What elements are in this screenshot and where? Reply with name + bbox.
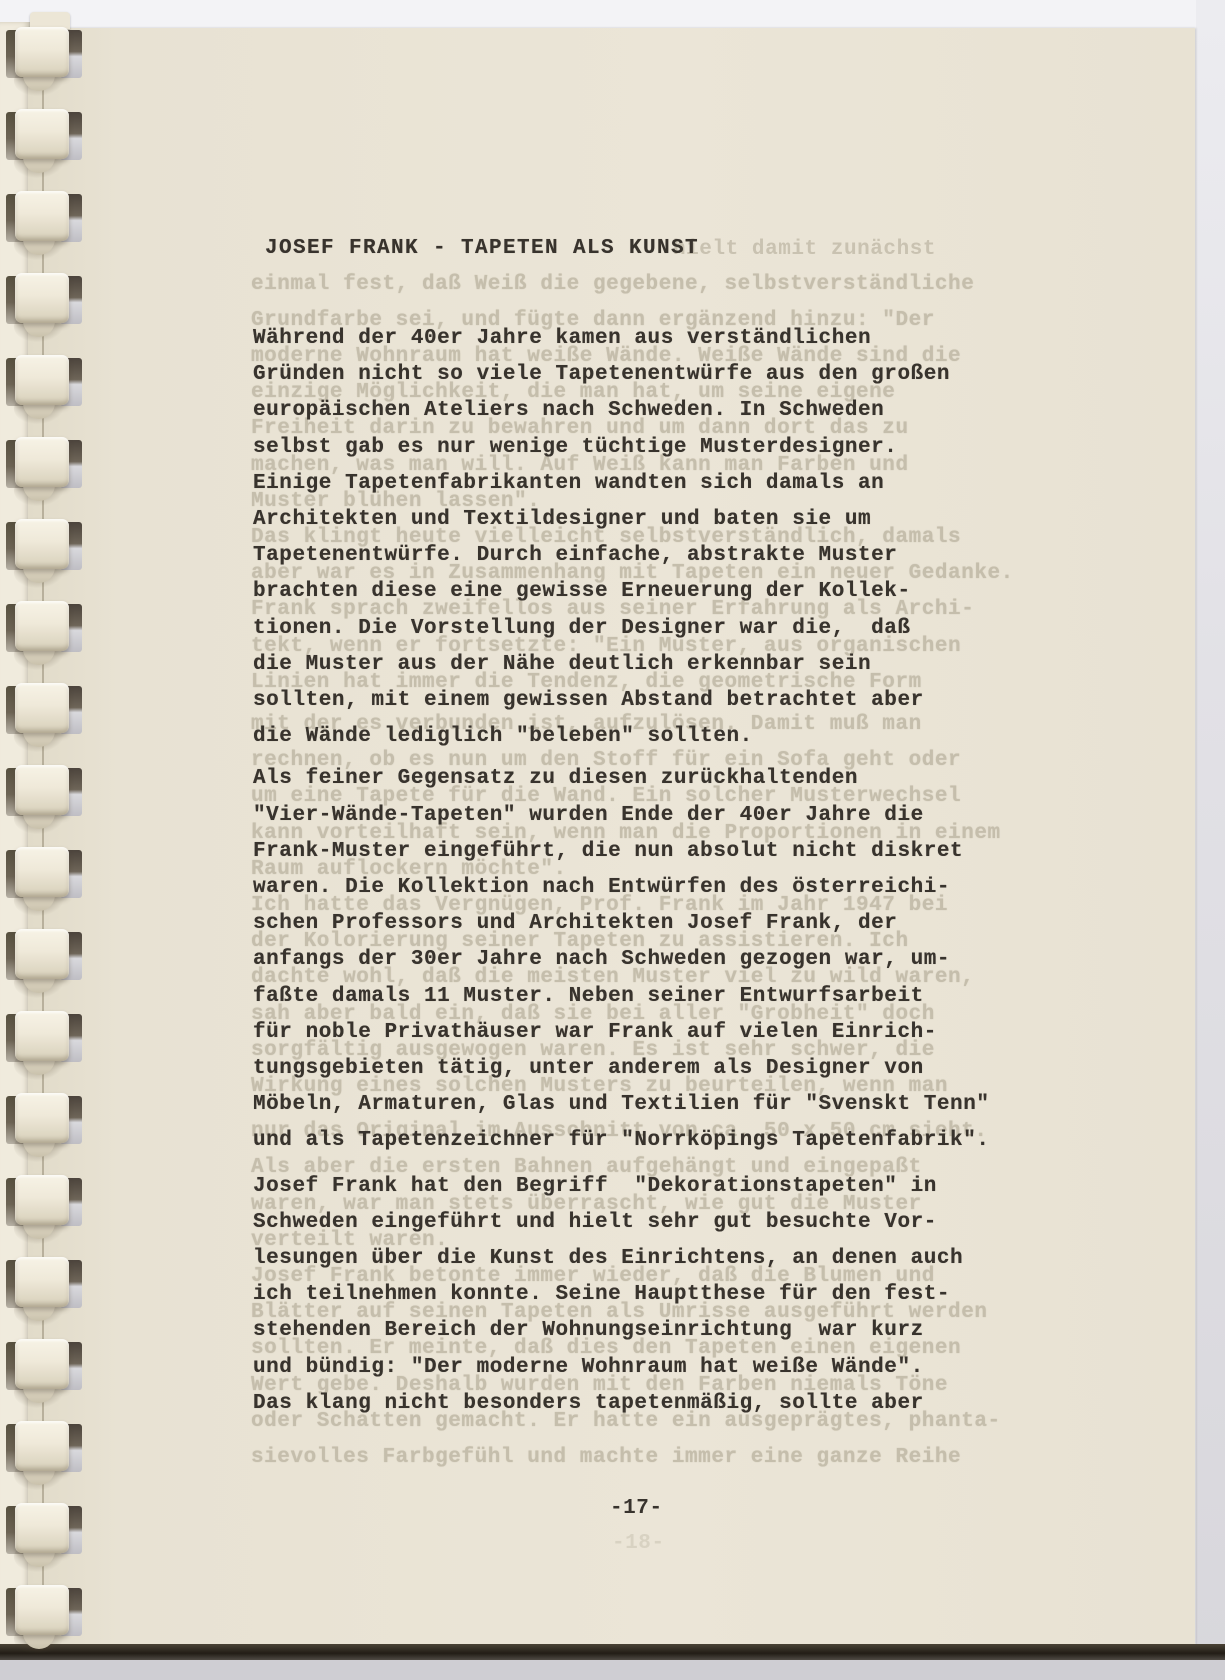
binding-ring	[6, 27, 82, 83]
binding-ring	[6, 765, 82, 821]
binding-ring	[6, 519, 82, 575]
text-line: Architekten und Textildesigner und baten…	[253, 508, 871, 531]
ring-band	[15, 191, 69, 241]
text-line: ich teilnehmen konnte. Seine Hauptthese …	[253, 1283, 950, 1306]
ring-band	[15, 765, 69, 815]
text-line: Josef Frank hat den Begriff "Dekorations…	[253, 1175, 937, 1198]
ring-band	[15, 109, 69, 159]
text-line: tionen. Die Vorstellung der Designer war…	[253, 617, 911, 640]
document-title: JOSEF FRANK - TAPETEN ALS KUNST	[265, 237, 699, 260]
binding-ring	[6, 1503, 82, 1559]
text-line: Frank-Muster eingeführt, die nun absolut…	[253, 840, 963, 863]
text-line: selbst gab es nur wenige tüchtige Muster…	[253, 436, 897, 459]
ring-band	[15, 683, 69, 733]
ghost-text-fragment: hielt damit zunächst	[673, 238, 936, 261]
text-line: Als feiner Gegensatz zu diesen zurückhal…	[253, 767, 858, 790]
ring-band	[15, 1585, 69, 1635]
text-line: waren. Die Kollektion nach Entwürfen des…	[253, 876, 950, 899]
text-line: tungsgebieten tätig, unter anderem als D…	[253, 1057, 924, 1080]
binding-ring	[6, 601, 82, 657]
binding-ring	[6, 1421, 82, 1477]
ring-band	[15, 929, 69, 979]
binding-ring	[6, 847, 82, 903]
ring-band	[15, 519, 69, 569]
text-line: Während der 40er Jahre kamen aus verstän…	[253, 327, 871, 350]
ring-band	[15, 1093, 69, 1143]
ring-band	[15, 1503, 69, 1553]
ring-band	[15, 437, 69, 487]
text-line: die Muster aus der Nähe deutlich erkennb…	[253, 653, 871, 676]
text-line: die Wände lediglich "beleben" sollten.	[253, 725, 753, 748]
binding-ring	[6, 1093, 82, 1149]
text-line: sollten, mit einem gewissen Abstand betr…	[253, 689, 924, 712]
text-line: Gründen nicht so viele Tapetenentwürfe a…	[253, 363, 950, 386]
text-line: Möbeln, Armaturen, Glas und Textilien fü…	[253, 1093, 990, 1116]
text-line: Das klang nicht besonders tapetenmäßig, …	[253, 1392, 924, 1415]
page-bottom-edge-shadow	[0, 1644, 1225, 1661]
ring-band	[15, 273, 69, 323]
ring-band	[15, 1339, 69, 1389]
text-line: anfangs der 30er Jahre nach Schweden gez…	[253, 948, 950, 971]
text-line: europäischen Ateliers nach Schweden. In …	[253, 399, 884, 422]
ring-band	[15, 847, 69, 897]
binding-ring	[6, 191, 82, 247]
ghost-text-line: sievolles Farbgefühl und machte immer ei…	[251, 1446, 961, 1469]
text-line: brachten diese eine gewisse Erneuerung d…	[253, 580, 911, 603]
binding-ring	[6, 437, 82, 493]
text-line: stehenden Bereich der Wohnungseinrichtun…	[253, 1319, 924, 1342]
ring-band	[15, 355, 69, 405]
binding-ring	[6, 683, 82, 739]
binding-ring	[6, 1339, 82, 1395]
binding-ring	[6, 1257, 82, 1313]
text-line: faßte damals 11 Muster. Neben seiner Ent…	[253, 985, 924, 1008]
ring-band	[15, 601, 69, 651]
binding-ring	[6, 1175, 82, 1231]
ghost-page-number: -18-	[612, 1532, 665, 1555]
text-line: Tapetenentwürfe. Durch einfache, abstrak…	[253, 544, 897, 567]
scanner-background-right	[1196, 0, 1225, 1680]
binding-ring	[6, 929, 82, 985]
text-line: und bündig: "Der moderne Wohnraum hat we…	[253, 1356, 924, 1379]
binding-ring	[6, 1011, 82, 1067]
text-line: schen Professors und Architekten Josef F…	[253, 912, 897, 935]
binding-ring	[6, 273, 82, 329]
text-line: "Vier-Wände-Tapeten" wurden Ende der 40e…	[253, 804, 924, 827]
scanner-background-bottom	[0, 1660, 1225, 1680]
scanned-document: JOSEF FRANK - TAPETEN ALS KUNST hielt da…	[0, 0, 1225, 1680]
text-line: lesungen über die Kunst des Einrichtens,…	[253, 1247, 963, 1270]
ring-band	[15, 1421, 69, 1471]
ring-band	[15, 1257, 69, 1307]
text-line: für noble Privathäuser war Frank auf vie…	[253, 1021, 937, 1044]
ring-band	[15, 27, 69, 77]
binding-ring	[6, 355, 82, 411]
page-number: -17-	[610, 1497, 663, 1520]
binding-ring	[6, 109, 82, 165]
binding-ring	[6, 1585, 82, 1641]
text-line: Einige Tapetenfabrikanten wandten sich d…	[253, 472, 884, 495]
ring-band	[15, 1175, 69, 1225]
ring-band	[15, 1011, 69, 1061]
text-line: und als Tapetenzeichner für "Norrköpings…	[253, 1129, 990, 1152]
text-line: Schweden eingeführt und hielt sehr gut b…	[253, 1211, 937, 1234]
ghost-text-line: einmal fest, daß Weiß die gegebene, selb…	[251, 273, 974, 296]
